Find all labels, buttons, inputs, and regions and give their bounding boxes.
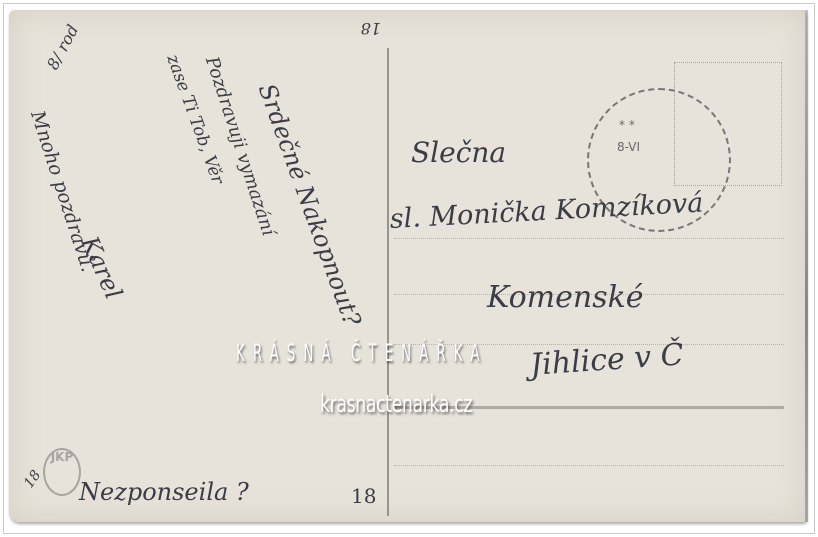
publisher-logo: JKP (43, 448, 81, 496)
postmark-date: 8-VI (617, 140, 640, 154)
address-street: Komenské (487, 280, 644, 315)
postcard: * * 8-VI 8/ rod 18 Mnoho pozdravů. zase … (9, 10, 806, 522)
corner-note: 8/ rod (43, 21, 82, 72)
address-line-5 (394, 465, 784, 466)
corner-number-top: 18 (361, 19, 381, 38)
center-divider-line (387, 48, 389, 516)
address-line-1 (394, 238, 784, 239)
publisher-logo-text: JKP (45, 450, 79, 464)
corner-number-bottom-center: 18 (351, 484, 376, 508)
watermark-title: KRÁSNÁ ČTENÁŘKA (236, 339, 488, 367)
bottom-note: Nezponseila ? (79, 478, 249, 506)
watermark-url[interactable]: krasnactenarka.cz (320, 390, 472, 418)
address-salutation: Slečna (411, 136, 506, 169)
postmark-marks: * * (619, 118, 635, 132)
corner-number-bottom-left: 18 (21, 467, 44, 491)
